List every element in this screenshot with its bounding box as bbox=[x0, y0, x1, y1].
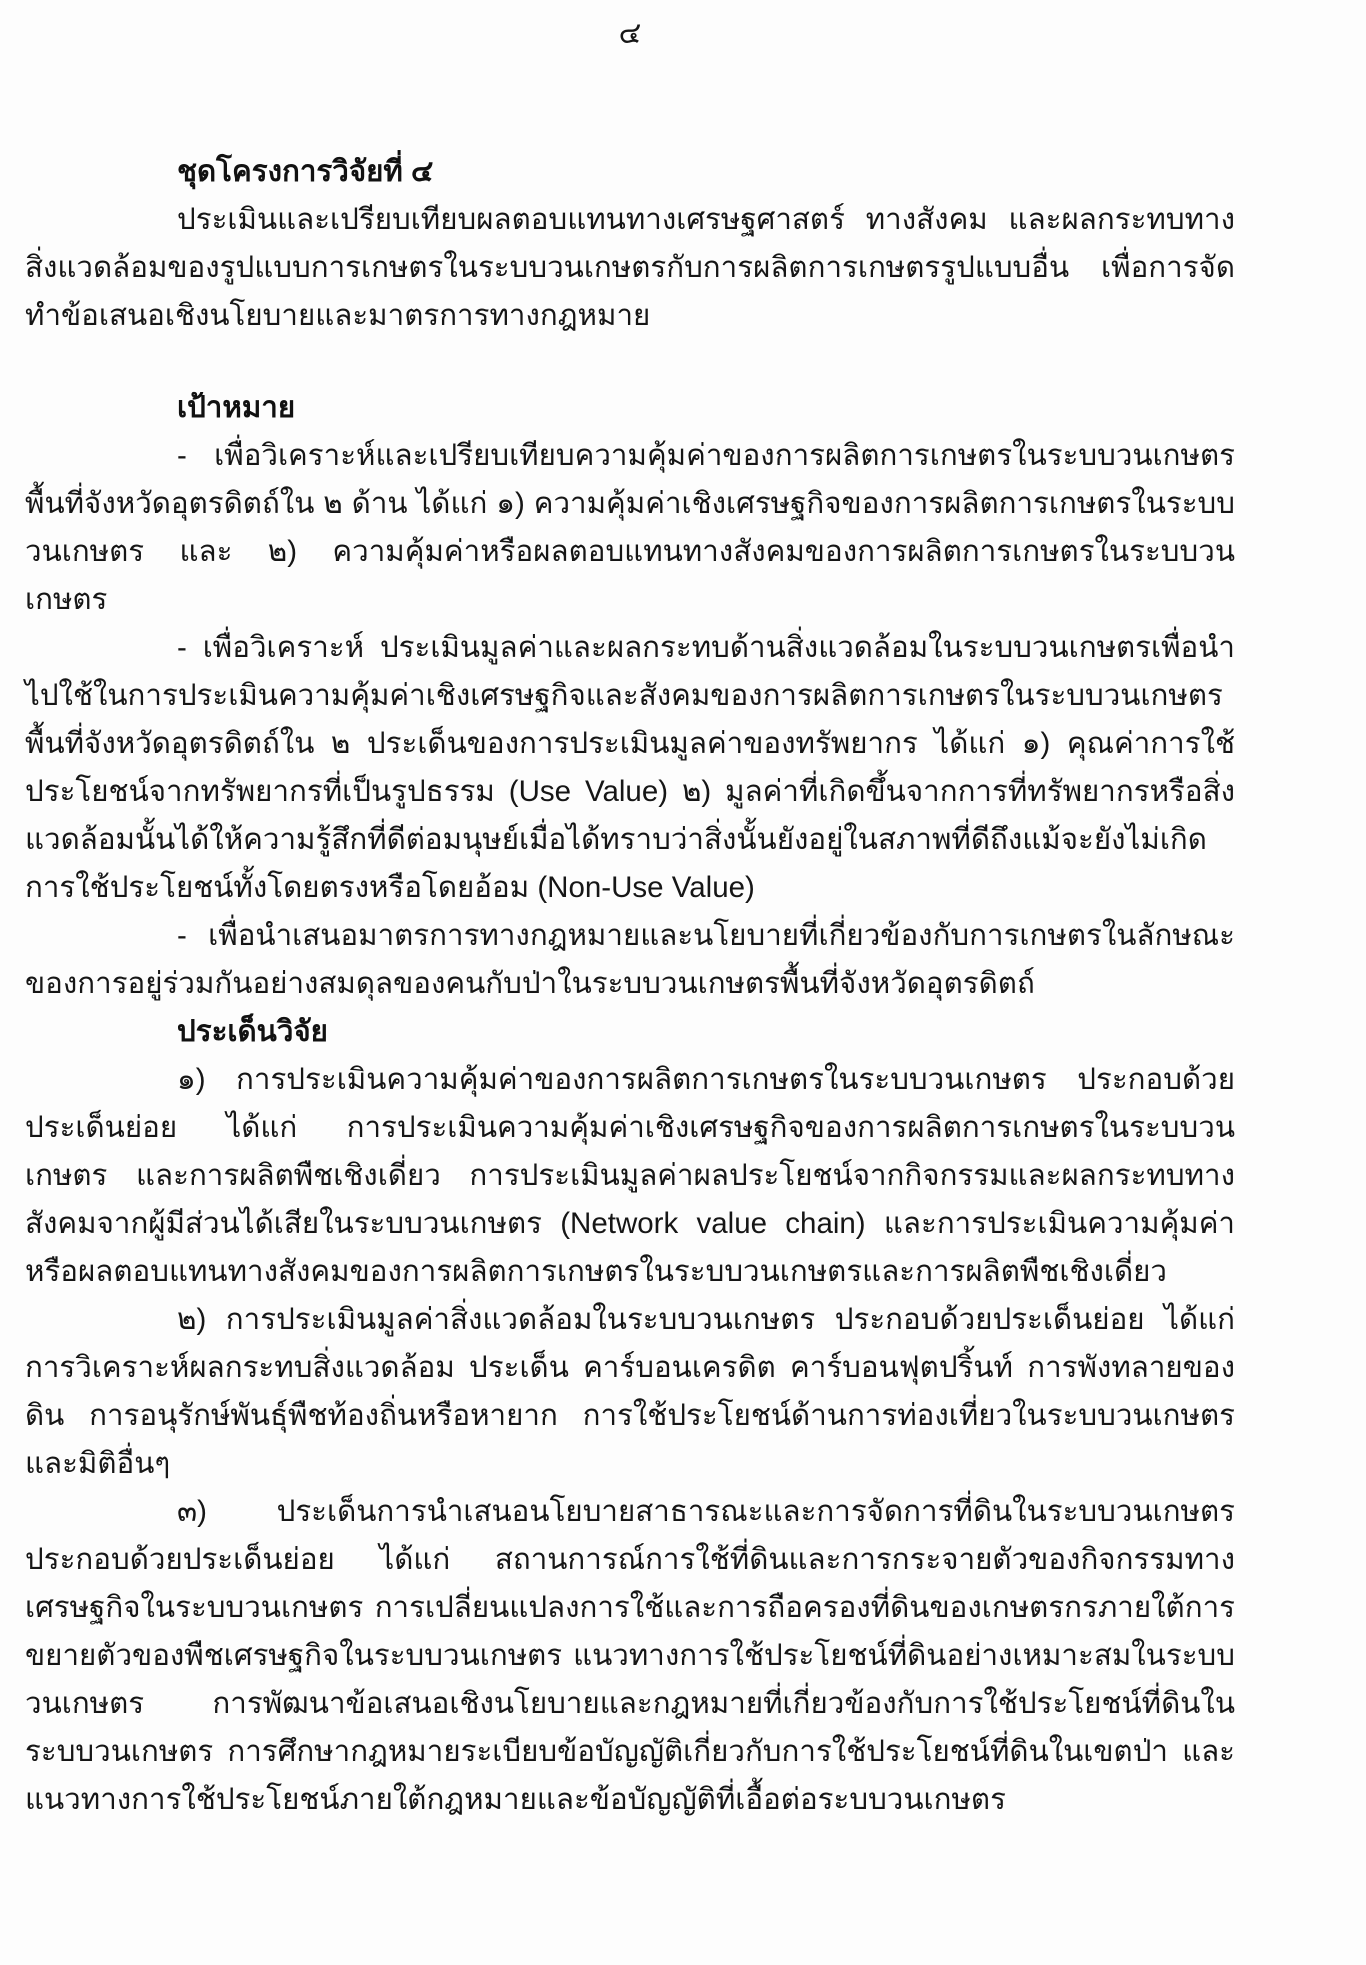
section-research-topics: ประเด็นวิจัย ๑) การประเมินความคุ้มค่าของ… bbox=[25, 1008, 1235, 1824]
program-heading: ชุดโครงการวิจัยที่ ๔ bbox=[25, 148, 1235, 196]
document-page: ๔ ชุดโครงการวิจัยที่ ๔ ประเมินและเปรียบเ… bbox=[0, 0, 1366, 1965]
research-topic-paragraph-2: ๒) การประเมินมูลค่าสิ่งแวดล้อมในระบบวนเก… bbox=[25, 1296, 1235, 1488]
program-section: ชุดโครงการวิจัยที่ ๔ ประเมินและเปรียบเที… bbox=[25, 148, 1235, 340]
goal-paragraph-3: - เพื่อนำเสนอมาตรการทางกฎหมายและนโยบายที… bbox=[25, 912, 1235, 1008]
goal-paragraph-2: - เพื่อวิเคราะห์ ประเมินมูลค่าและผลกระทบ… bbox=[25, 624, 1235, 912]
program-abstract-paragraph: ประเมินและเปรียบเทียบผลตอบแทนทางเศรษฐศาส… bbox=[25, 196, 1235, 340]
page-number: ๔ bbox=[25, 14, 1235, 54]
document-content: ๔ ชุดโครงการวิจัยที่ ๔ ประเมินและเปรียบเ… bbox=[0, 0, 1366, 1824]
goals-heading: เป้าหมาย bbox=[25, 384, 1235, 432]
goal-paragraph-1: - เพื่อวิเคราะห์และเปรียบเทียบความคุ้มค่… bbox=[25, 432, 1235, 624]
research-topic-paragraph-3: ๓) ประเด็นการนำเสนอนโยบายสาธารณะและการจั… bbox=[25, 1488, 1235, 1824]
section-goals: เป้าหมาย - เพื่อวิเคราะห์และเปรียบเทียบค… bbox=[25, 384, 1235, 1008]
research-topic-paragraph-1: ๑) การประเมินความคุ้มค่าของการผลิตการเกษ… bbox=[25, 1056, 1235, 1296]
research-topics-heading: ประเด็นวิจัย bbox=[25, 1008, 1235, 1056]
